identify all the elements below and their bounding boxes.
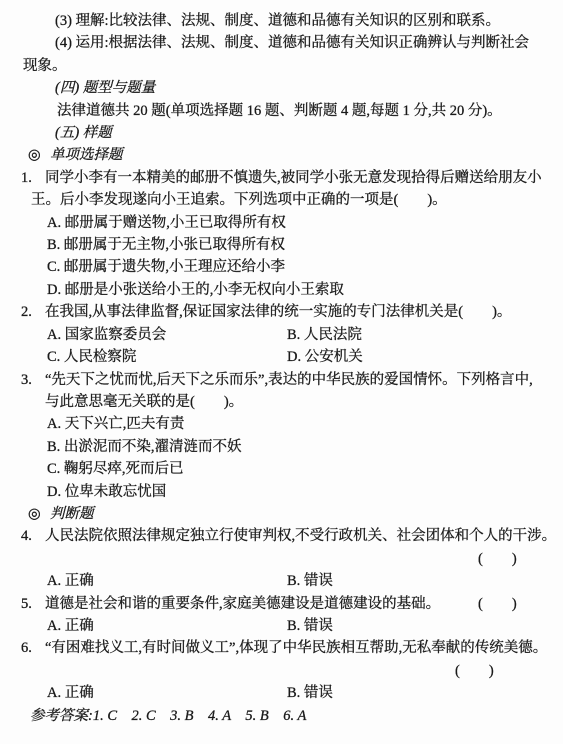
question-1-stem-text-1: 同学小李有一本精美的邮册不慎遗失,被同学小张无意发现拾得后赠送给朋友小	[45, 167, 542, 189]
answer-key-line: 参考答案:1. C 2. C 3. B 4. A 5. B 6. A	[0, 705, 563, 727]
objective-item-4: (4) 运用:根据法律、法规、制度、道德和品德有关知识正确辨认与判断社会	[0, 32, 563, 54]
section-mcq-label: 单项选择题	[50, 144, 123, 166]
heading-question-types-text: (四) 题型与题量	[55, 77, 155, 99]
question-2-options-row-1: A. 国家监察委员会 B. 人民法院	[0, 324, 563, 346]
question-1-option-a: A. 邮册属于赠送物,小王已取得所有权	[0, 212, 563, 234]
question-1-option-c-text: C. 邮册属于遗失物,小王理应还给小李	[47, 256, 285, 278]
question-4-option-a-text: A. 正确	[47, 570, 94, 592]
question-4-number: 4.	[21, 525, 32, 547]
objective-item-4-text: (4) 运用:根据法律、法规、制度、道德和品德有关知识正确辨认与判断社会	[55, 32, 529, 54]
question-2-option-d-text: D. 公安机关	[287, 346, 363, 368]
question-3-option-c: C. 鞠躬尽瘁,死而后已	[0, 458, 563, 480]
question-3-stem-text-2: 与此意思毫无关联的是( )。	[45, 391, 243, 413]
question-6-answer-bracket: ( )	[455, 660, 494, 682]
question-2-options-row-2: C. 人民检察院 D. 公安机关	[0, 346, 563, 368]
question-3-option-a-text: A. 天下兴亡,匹夫有责	[47, 413, 184, 435]
question-6-stem: 6. “有困难找义工,有时间做义工”,体现了中华民族相互帮助,无私奉献的传统美德…	[0, 637, 563, 659]
bullseye-bullet-icon: ◎	[28, 503, 41, 525]
question-3-option-a: A. 天下兴亡,匹夫有责	[0, 413, 563, 435]
question-quantity-text: 法律道德共 20 题(单项选择题 16 题、判断题 4 题,每题 1 分,共 2…	[57, 100, 502, 122]
question-6-answer-bracket-line: ( )	[0, 660, 563, 682]
question-5-stem: 5. 道德是社会和谐的重要条件,家庭美德建设是道德建设的基础。 ( )	[0, 593, 563, 615]
question-1-number: 1.	[21, 167, 32, 189]
question-3-stem-text-1: “先天下之忧而忧,后天下之乐而乐”,表达的中华民族的爱国情怀。下列格言中,	[45, 369, 533, 391]
section-mcq: ◎ 单项选择题	[0, 144, 563, 166]
question-4-answer-bracket: ( )	[478, 548, 517, 570]
question-2-stem-text: 在我国,从事法律监督,保证国家法律的统一实施的专门法律机关是( )。	[45, 301, 511, 323]
heading-sample-questions-text: (五) 样题	[55, 122, 112, 144]
question-3-option-d: D. 位卑未敢忘忧国	[0, 481, 563, 503]
question-4-option-b-text: B. 错误	[287, 570, 333, 592]
question-1-stem-line-1: 1. 同学小李有一本精美的邮册不慎遗失,被同学小张无意发现拾得后赠送给朋友小	[0, 167, 563, 189]
scanned-exam-page: (3) 理解:比较法律、法规、制度、道德和品德有关知识的区别和联系。 (4) 运…	[0, 0, 563, 744]
question-1-option-b-text: B. 邮册属于无主物,小张已取得所有权	[47, 234, 285, 256]
question-3-stem-line-1: 3. “先天下之忧而忧,后天下之乐而乐”,表达的中华民族的爱国情怀。下列格言中,	[0, 369, 563, 391]
bullseye-bullet-icon: ◎	[28, 144, 41, 166]
question-3-option-b: B. 出淤泥而不染,濯清涟而不妖	[0, 436, 563, 458]
question-1-option-d-text: D. 邮册是小张送给小王的,小李无权向小王索取	[47, 279, 344, 301]
question-4-stem: 4. 人民法院依照法律规定独立行使审判权,不受行政机关、社会团体和个人的干涉。	[0, 525, 563, 547]
question-6-options-row: A. 正确 B. 错误	[0, 682, 563, 704]
question-1-option-b: B. 邮册属于无主物,小张已取得所有权	[0, 234, 563, 256]
heading-question-types: (四) 题型与题量	[0, 77, 563, 99]
question-6-stem-text: “有困难找义工,有时间做义工”,体现了中华民族相互帮助,无私奉献的传统美德。	[45, 637, 547, 659]
question-2-number: 2.	[21, 301, 32, 323]
question-2-option-c-text: C. 人民检察院	[47, 346, 136, 368]
question-3-option-d-text: D. 位卑未敢忘忧国	[47, 481, 166, 503]
question-5-option-a-text: A. 正确	[47, 615, 94, 637]
question-6-option-a-text: A. 正确	[47, 682, 94, 704]
question-1-option-a-text: A. 邮册属于赠送物,小王已取得所有权	[47, 212, 286, 234]
question-5-option-b-text: B. 错误	[287, 615, 333, 637]
question-2-option-a-text: A. 国家监察委员会	[47, 324, 166, 346]
question-3-option-c-text: C. 鞠躬尽瘁,死而后已	[47, 458, 184, 480]
question-3-number: 3.	[21, 369, 32, 391]
question-5-number: 5.	[21, 593, 32, 615]
answer-key-text: 参考答案:1. C 2. C 3. B 4. A 5. B 6. A	[30, 705, 306, 727]
question-1-option-d: D. 邮册是小张送给小王的,小李无权向小王索取	[0, 279, 563, 301]
objective-item-4-continuation-text: 现象。	[23, 55, 67, 77]
question-5-options-row: A. 正确 B. 错误	[0, 615, 563, 637]
section-judge-label: 判断题	[50, 503, 94, 525]
question-quantity-line: 法律道德共 20 题(单项选择题 16 题、判断题 4 题,每题 1 分,共 2…	[0, 100, 563, 122]
question-2-option-b-text: B. 人民法院	[287, 324, 362, 346]
question-5-stem-text: 道德是社会和谐的重要条件,家庭美德建设是道德建设的基础。	[45, 593, 440, 615]
exam-document: (3) 理解:比较法律、法规、制度、道德和品德有关知识的区别和联系。 (4) 运…	[0, 10, 563, 727]
section-judge: ◎ 判断题	[0, 503, 563, 525]
question-2-stem: 2. 在我国,从事法律监督,保证国家法律的统一实施的专门法律机关是( )。	[0, 301, 563, 323]
question-4-options-row: A. 正确 B. 错误	[0, 570, 563, 592]
question-3-stem-line-2: 与此意思毫无关联的是( )。	[0, 391, 563, 413]
question-4-stem-text: 人民法院依照法律规定独立行使审判权,不受行政机关、社会团体和个人的干涉。	[45, 525, 556, 547]
question-6-option-b-text: B. 错误	[287, 682, 333, 704]
question-1-stem-text-2: 王。后小李发现遂向小王追索。下列选项中正确的一项是( )。	[31, 189, 447, 211]
question-4-answer-bracket-line: ( )	[0, 548, 563, 570]
question-5-answer-bracket: ( )	[478, 593, 517, 615]
objective-item-3-text: (3) 理解:比较法律、法规、制度、道德和品德有关知识的区别和联系。	[55, 10, 500, 32]
objective-item-3: (3) 理解:比较法律、法规、制度、道德和品德有关知识的区别和联系。	[0, 10, 563, 32]
question-3-option-b-text: B. 出淤泥而不染,濯清涟而不妖	[47, 436, 242, 458]
question-1-stem-line-2: 王。后小李发现遂向小王追索。下列选项中正确的一项是( )。	[0, 189, 563, 211]
question-1-option-c: C. 邮册属于遗失物,小王理应还给小李	[0, 256, 563, 278]
question-6-number: 6.	[21, 637, 32, 659]
heading-sample-questions: (五) 样题	[0, 122, 563, 144]
objective-item-4-continuation: 现象。	[0, 55, 563, 77]
